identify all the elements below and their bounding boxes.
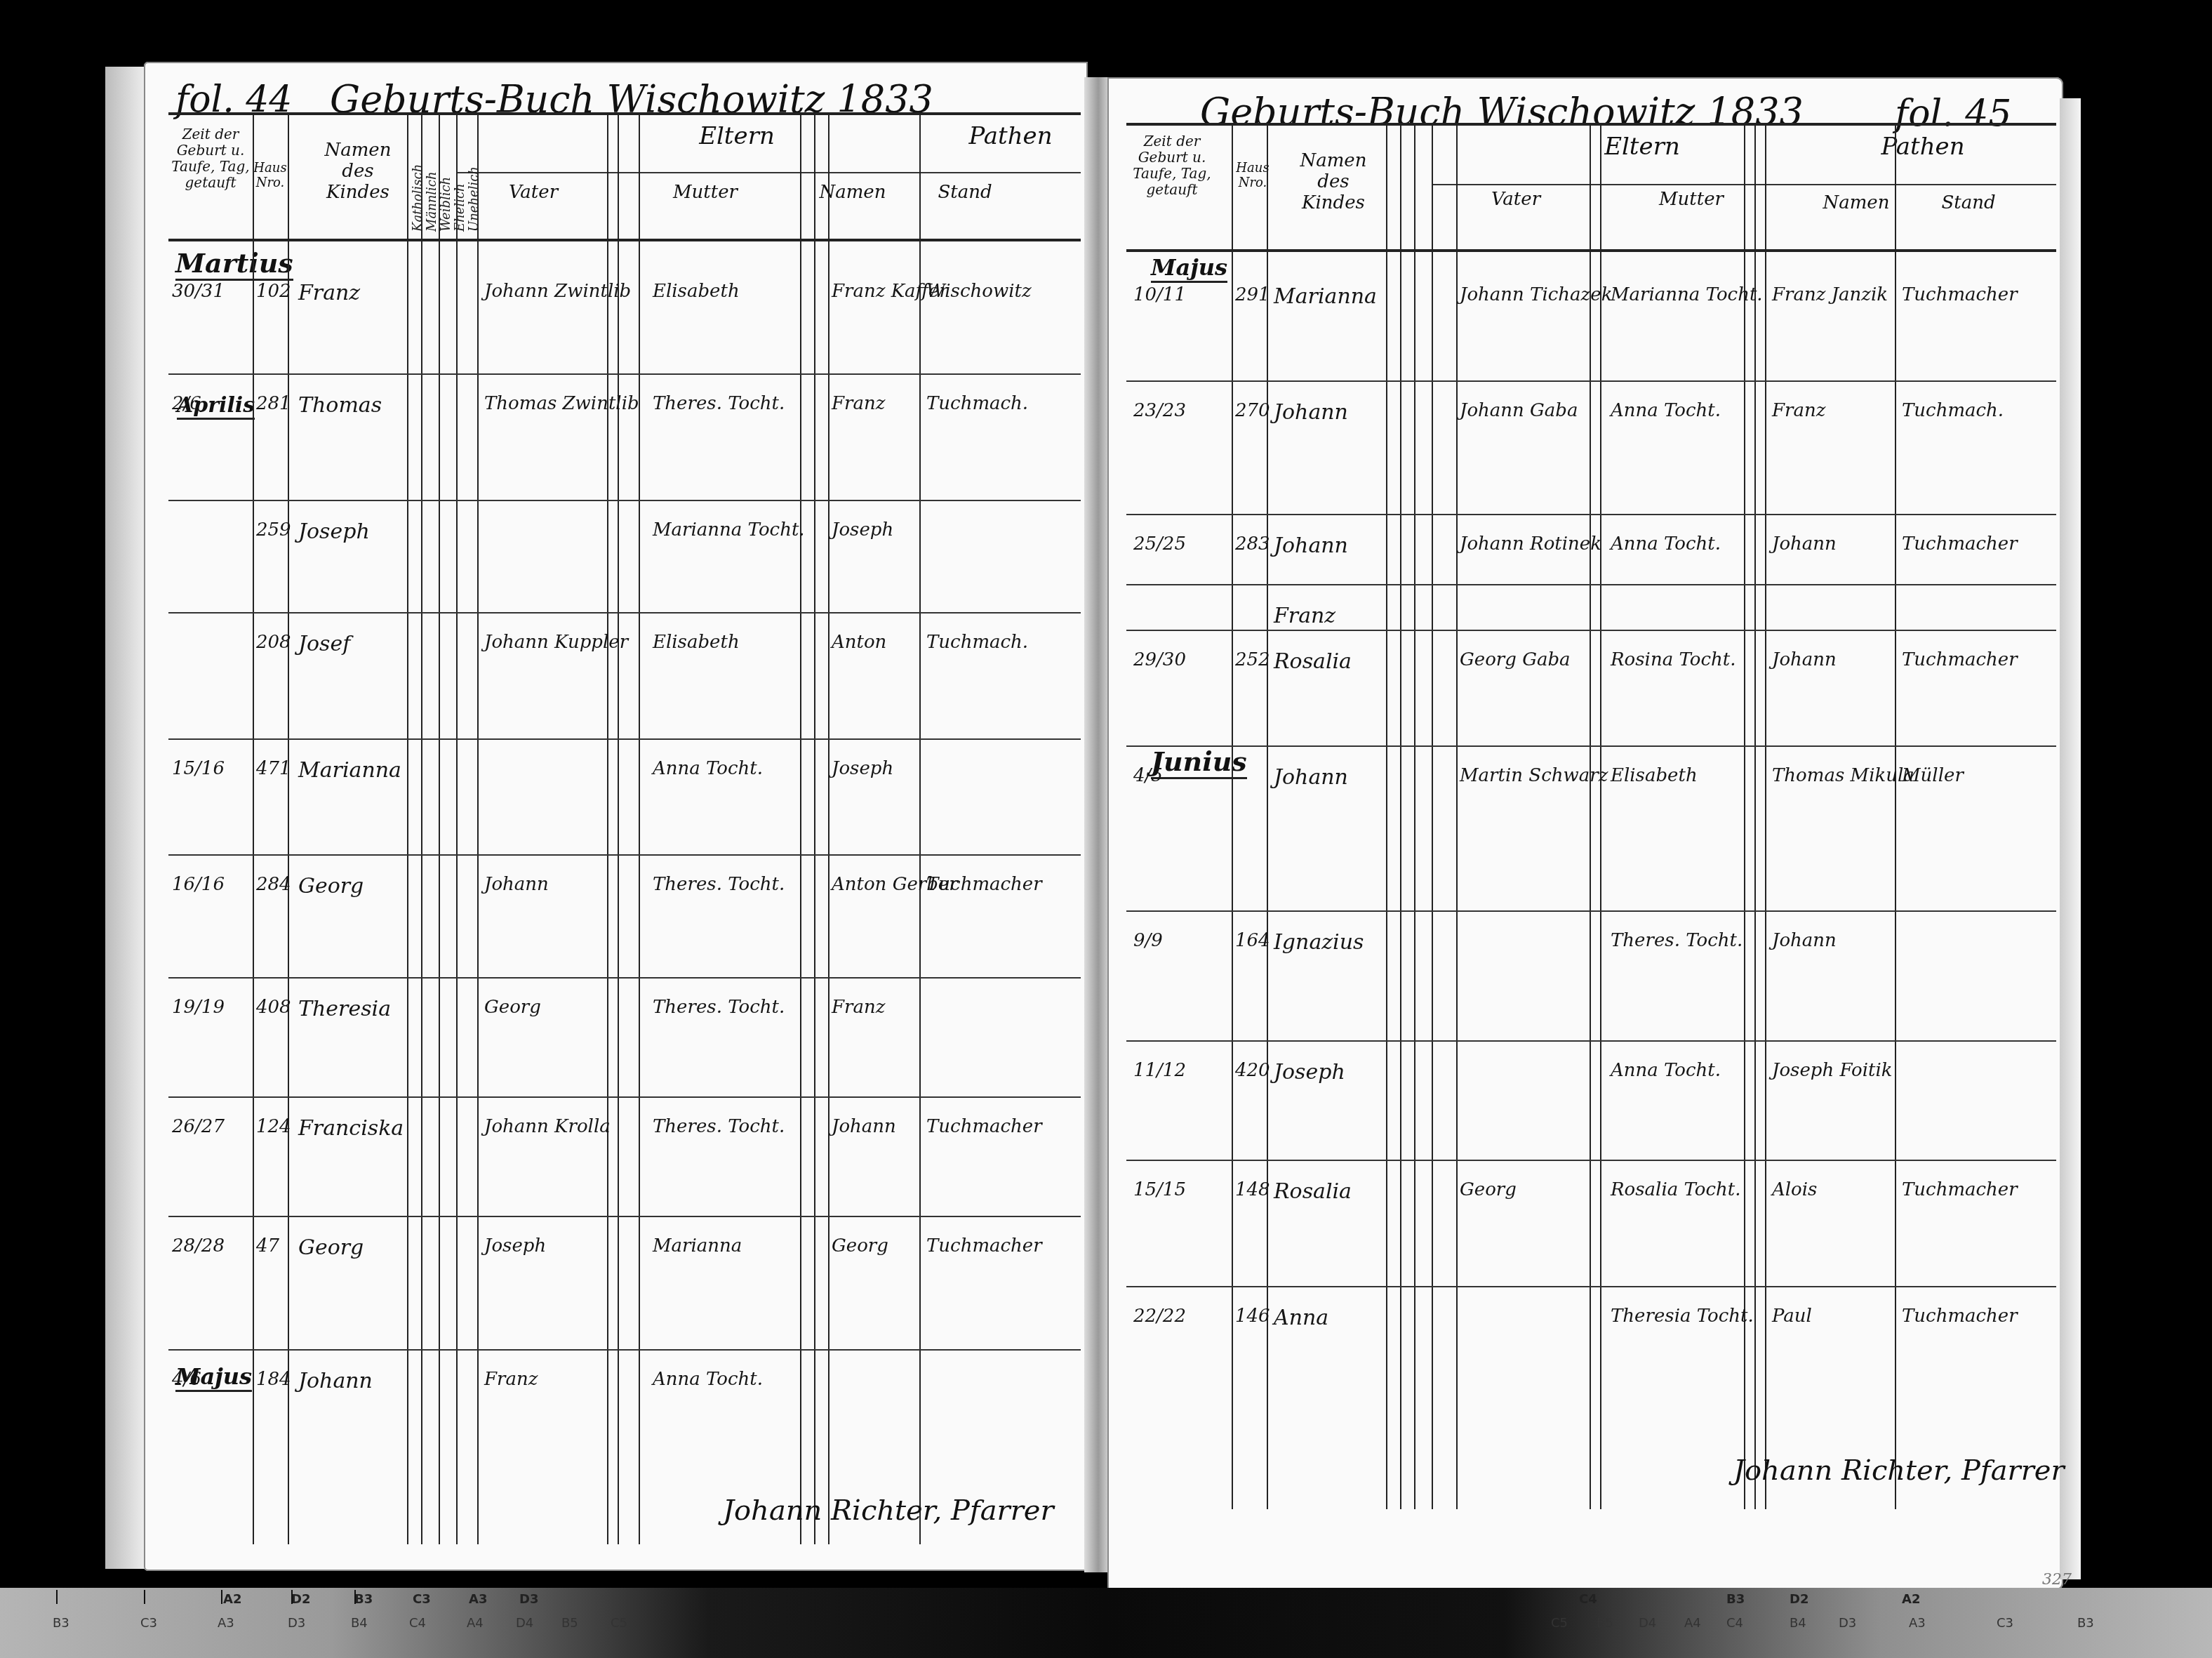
entry-date: 26/27 xyxy=(172,1116,225,1137)
entry-father: Johann Krolla xyxy=(484,1116,611,1137)
entry-house-number: 259 xyxy=(256,519,291,540)
entry-date: 29/30 xyxy=(1133,649,1186,670)
entry-godparent: Johann xyxy=(1772,533,1837,555)
right-header-father: Vater xyxy=(1467,190,1565,211)
entry-godparent: Franz xyxy=(832,393,885,414)
left-row-rule xyxy=(168,612,1081,614)
entry-mother: Anna Tocht. xyxy=(1611,1060,1721,1081)
card-label-top-left: D2 xyxy=(291,1592,310,1607)
entry-godparent-status: Tuchmacher xyxy=(926,1235,1042,1256)
left-row-rule xyxy=(168,500,1081,501)
entry-child-name: Georg xyxy=(298,1235,364,1260)
entry-date: 15/15 xyxy=(1133,1179,1186,1200)
card-label-bottom-left: B3 xyxy=(53,1616,69,1631)
card-label-bottom-left: A4 xyxy=(467,1616,484,1631)
entry-godparent-status: Tuchmacher xyxy=(926,874,1042,895)
entry-child-name: Marianna xyxy=(298,758,401,783)
card-label-bottom-right: C4 xyxy=(1726,1616,1743,1631)
entry-godparent-status: Tuchmacher xyxy=(1902,649,2018,670)
card-label-top-right: D2 xyxy=(1790,1592,1808,1607)
entry-house-number: 291 xyxy=(1235,284,1270,305)
entry-mother: Marianna Tocht. xyxy=(1611,284,1763,305)
left-header-godparents: Pathen xyxy=(968,123,1053,150)
left-header-date: Zeit der Geburt u. Taufe, Tag, getauft xyxy=(168,126,253,191)
entry-godparent: Franz xyxy=(832,997,885,1018)
card-label-bottom-left: B4 xyxy=(351,1616,368,1631)
entry-father: Joseph xyxy=(484,1235,546,1256)
card-label-top-left: C3 xyxy=(413,1592,431,1607)
entry-child-name: Theresia xyxy=(298,997,391,1021)
left-header-house: Haus Nro. xyxy=(253,161,288,190)
entry-godparent: Joseph Foitik xyxy=(1772,1060,1893,1081)
card-label-top-left: D3 xyxy=(519,1592,538,1607)
entry-date: 28/28 xyxy=(172,1235,225,1256)
entry-child-name: Joseph xyxy=(1274,1060,1345,1085)
entry-godparent: Georg xyxy=(832,1235,888,1256)
left-column-rule xyxy=(814,112,815,1544)
left-row-rule xyxy=(168,373,1081,375)
left-header-parents: Eltern xyxy=(695,123,779,150)
left-month-1: Martius xyxy=(175,247,293,281)
left-column-rule xyxy=(800,112,801,1544)
right-column-rule xyxy=(1232,123,1233,1509)
left-header-father: Vater xyxy=(484,183,582,204)
left-header-child: Namen des Kindes xyxy=(309,140,407,204)
entry-date: 23/23 xyxy=(1133,400,1186,421)
card-label-bottom-left: C5 xyxy=(611,1616,627,1631)
entry-father: Johann xyxy=(484,874,549,895)
entry-child-name: Rosalia xyxy=(1274,1179,1352,1204)
left-header-mother: Mutter xyxy=(656,183,754,204)
entry-house-number: 408 xyxy=(256,997,291,1018)
entry-godparent-status: Tuchmach. xyxy=(926,393,1028,414)
right-month-1: Majus xyxy=(1151,254,1227,283)
entry-house-number: 146 xyxy=(1235,1306,1270,1327)
left-header-weiblich: Weiblich xyxy=(439,126,453,232)
card-label-bottom-left: C4 xyxy=(409,1616,426,1631)
entry-child-name: Johann xyxy=(1274,400,1348,425)
card-label-bottom-right: C3 xyxy=(1997,1616,2013,1631)
entry-mother: Theres. Tocht. xyxy=(653,997,785,1018)
color-calibration-card xyxy=(0,1588,2212,1658)
entry-father: Johann Kuppler xyxy=(484,632,628,653)
right-header-parents: Eltern xyxy=(1600,133,1684,161)
left-column-rule xyxy=(253,112,254,1544)
right-row-rule xyxy=(1126,514,2056,515)
left-header-godparent-name: Namen xyxy=(807,183,898,204)
entry-child-name: Thomas xyxy=(298,393,382,418)
left-column-rule xyxy=(288,112,289,1544)
card-label-top-right: B3 xyxy=(1726,1592,1745,1607)
left-column-rule xyxy=(828,112,829,1544)
right-column-rule xyxy=(1754,123,1756,1509)
right-page-edge xyxy=(2060,98,2081,1579)
entry-house-number: 184 xyxy=(256,1369,291,1390)
entry-godparent-status: Tuchmach. xyxy=(1902,400,2004,421)
left-column-rule xyxy=(618,112,619,1544)
entry-mother: Anna Tocht. xyxy=(1611,533,1721,555)
card-label-top-left: A2 xyxy=(223,1592,241,1607)
right-header-godparents: Pathen xyxy=(1881,133,1965,161)
entry-child-name: Josef xyxy=(298,632,350,656)
right-column-rule xyxy=(1895,123,1896,1509)
entry-father: Georg Gaba xyxy=(1460,649,1571,670)
entry-child-name: Joseph xyxy=(298,519,370,544)
entry-child-name: Johann xyxy=(1274,533,1348,558)
card-label-bottom-right: D3 xyxy=(1839,1616,1856,1631)
stamp-number: 327 xyxy=(2042,1571,2072,1589)
entry-house-number: 102 xyxy=(256,281,291,302)
entry-house-number: 47 xyxy=(256,1235,279,1256)
card-tick-mark xyxy=(144,1590,145,1604)
entry-godparent: Johann xyxy=(1772,930,1837,951)
right-column-rule xyxy=(1765,123,1766,1509)
entry-date: 25/25 xyxy=(1133,533,1186,555)
entry-godparent-status: Tuchmacher xyxy=(1902,533,2018,555)
entry-godparent: Anton xyxy=(832,632,886,653)
entry-father: Georg xyxy=(484,997,541,1018)
left-column-rule xyxy=(919,112,921,1544)
entry-house-number: 252 xyxy=(1235,649,1270,670)
entry-house-number: 283 xyxy=(1235,533,1270,555)
right-column-rule xyxy=(1386,123,1387,1509)
right-header-child: Namen des Kindes xyxy=(1284,151,1382,214)
right-folio: fol. 45 xyxy=(1895,93,2011,135)
left-row-rule xyxy=(168,1096,1081,1098)
entry-house-number: 471 xyxy=(256,758,291,779)
entry-father: Johann Gaba xyxy=(1460,400,1578,421)
entry-house-number: 284 xyxy=(256,874,291,895)
entry-house-number: 270 xyxy=(1235,400,1270,421)
card-label-bottom-right: A4 xyxy=(1684,1616,1701,1631)
right-row-rule xyxy=(1126,584,2056,585)
entry-father: Johann Rotinek xyxy=(1460,533,1601,555)
entry-house-number: 420 xyxy=(1235,1060,1270,1081)
entry-godparent-status: Tuchmacher xyxy=(1902,1179,2018,1200)
card-label-top-right: C4 xyxy=(1579,1592,1597,1607)
left-header-godparent-status: Stand xyxy=(919,183,1011,204)
left-header-männlich: Männlich xyxy=(425,126,439,232)
left-row-rule xyxy=(168,738,1081,740)
right-row-rule xyxy=(1126,380,2056,382)
entry-child-name: Marianna xyxy=(1274,284,1377,309)
left-header-rule xyxy=(168,239,1081,241)
entry-date: 4/6 xyxy=(172,1369,201,1390)
entry-mother: Marianna xyxy=(653,1235,742,1256)
entry-child-name: Georg xyxy=(298,874,364,898)
entry-mother: Rosina Tocht. xyxy=(1611,649,1735,670)
entry-godparent-status: Tuchmacher xyxy=(1902,1306,2018,1327)
right-row-rule xyxy=(1126,1286,2056,1287)
entry-godparent-status: Wischowitz xyxy=(926,281,1032,302)
entry-child-name: Franciska xyxy=(298,1116,404,1141)
entry-child-name: Franz xyxy=(1274,604,1335,628)
left-subheader-rule xyxy=(456,172,1081,173)
entry-mother: Elisabeth xyxy=(653,632,740,653)
entry-house-number: 208 xyxy=(256,632,291,653)
right-column-rule xyxy=(1432,123,1433,1509)
entry-godparent: Joseph xyxy=(832,519,893,540)
card-tick-mark xyxy=(56,1590,58,1604)
card-label-bottom-right: B4 xyxy=(1790,1616,1806,1631)
right-column-rule xyxy=(1456,123,1458,1509)
left-column-rule xyxy=(456,112,458,1544)
entry-father: Thomas Zwintlib xyxy=(484,393,639,414)
card-label-bottom-left: C3 xyxy=(140,1616,157,1631)
entry-date: 15/16 xyxy=(172,758,225,779)
right-column-rule xyxy=(1600,123,1601,1509)
entry-godparent-status: Müller xyxy=(1902,765,1964,786)
entry-mother: Theres. Tocht. xyxy=(653,393,785,414)
entry-mother: Theresia Tocht. xyxy=(1611,1306,1754,1327)
entry-godparent: Franz Janzik xyxy=(1772,284,1888,305)
card-label-bottom-left: D3 xyxy=(288,1616,305,1631)
entry-child-name: Rosalia xyxy=(1274,649,1352,674)
card-label-top-right: A2 xyxy=(1902,1592,1920,1607)
card-label-bottom-left: B5 xyxy=(561,1616,578,1631)
right-header-date: Zeit der Geburt u. Taufe, Tag, getauft xyxy=(1130,133,1214,198)
right-column-rule xyxy=(1744,123,1745,1509)
entry-child-name: Johann xyxy=(1274,765,1348,790)
left-column-rule xyxy=(607,112,608,1544)
entry-date: 9/9 xyxy=(1133,930,1163,951)
entry-mother: Theres. Tocht. xyxy=(1611,930,1743,951)
entry-father: Franz xyxy=(484,1369,538,1390)
right-row-rule xyxy=(1126,910,2056,912)
left-column-rule xyxy=(477,112,479,1544)
entry-godparent: Johann xyxy=(1772,649,1837,670)
entry-house-number: 164 xyxy=(1235,930,1270,951)
entry-father: Johann Tichazek xyxy=(1460,284,1612,305)
card-label-top-left: B3 xyxy=(354,1592,373,1607)
right-top-rule xyxy=(1126,123,2056,126)
entry-date: 30/31 xyxy=(172,281,225,302)
left-row-rule xyxy=(168,1349,1081,1351)
entry-date: 10/11 xyxy=(1133,284,1186,305)
right-header-godparent-name: Namen xyxy=(1811,193,1902,214)
entry-date: 19/19 xyxy=(172,997,225,1018)
entry-date: 16/16 xyxy=(172,874,225,895)
entry-godparent: Thomas Mikula xyxy=(1772,765,1914,786)
left-row-rule xyxy=(168,1216,1081,1217)
entry-godparent: Alois xyxy=(1772,1179,1817,1200)
left-row-rule xyxy=(168,854,1081,856)
left-column-rule xyxy=(407,112,408,1544)
entry-mother: Theres. Tocht. xyxy=(653,1116,785,1137)
card-tick-mark xyxy=(291,1590,293,1604)
card-label-bottom-left: D4 xyxy=(516,1616,533,1631)
entry-mother: Elisabeth xyxy=(1611,765,1698,786)
entry-date: 11/12 xyxy=(1133,1060,1186,1081)
entry-mother: Rosalia Tocht. xyxy=(1611,1179,1740,1200)
left-column-rule xyxy=(439,112,440,1544)
entry-godparent-status: Tuchmacher xyxy=(926,1116,1042,1137)
entry-house-number: 124 xyxy=(256,1116,291,1137)
right-row-rule xyxy=(1126,745,2056,747)
entry-house-number: 281 xyxy=(256,393,291,414)
right-column-rule xyxy=(1400,123,1401,1509)
left-header-unehelich: Unehelich xyxy=(467,126,481,232)
entry-mother: Anna Tocht. xyxy=(653,1369,763,1390)
right-column-rule xyxy=(1414,123,1415,1509)
card-tick-mark xyxy=(354,1590,356,1604)
entry-child-name: Johann xyxy=(298,1369,373,1393)
card-label-bottom-right: A3 xyxy=(1909,1616,1926,1631)
entry-date: 4/5 xyxy=(1133,765,1163,786)
entry-child-name: Franz xyxy=(298,281,360,305)
entry-date: 22/22 xyxy=(1133,1306,1186,1327)
left-header-ehelich: Ehelich xyxy=(453,126,467,232)
right-row-rule xyxy=(1126,1160,2056,1161)
card-tick-mark xyxy=(221,1590,222,1604)
entry-date: 2/6 xyxy=(172,393,201,414)
right-header-godparent-status: Stand xyxy=(1923,193,2014,214)
right-header-mother: Mutter xyxy=(1642,190,1740,211)
left-page-edge xyxy=(105,67,147,1569)
entry-godparent: Johann xyxy=(832,1116,896,1137)
right-header-rule xyxy=(1126,249,2056,252)
entry-father: Martin Schwarz xyxy=(1460,765,1608,786)
left-column-rule xyxy=(421,112,422,1544)
right-column-rule xyxy=(1267,123,1268,1509)
card-label-bottom-right: B5 xyxy=(1597,1616,1613,1631)
entry-mother: Elisabeth xyxy=(653,281,740,302)
right-row-rule xyxy=(1126,1040,2056,1042)
entry-mother: Marianna Tocht. xyxy=(653,519,805,540)
card-label-top-left: A3 xyxy=(469,1592,487,1607)
card-label-bottom-right: D4 xyxy=(1639,1616,1656,1631)
right-signature: Johann Richter, Pfarrer xyxy=(1733,1452,2065,1490)
right-page-title: Geburts-Buch Wischowitz 1833 xyxy=(1200,90,1804,134)
right-header-house: Haus Nro. xyxy=(1235,161,1270,190)
left-top-rule xyxy=(168,112,1081,115)
card-label-bottom-right: B3 xyxy=(2077,1616,2094,1631)
entry-house-number: 148 xyxy=(1235,1179,1270,1200)
entry-godparent-status: Tuchmacher xyxy=(1902,284,2018,305)
right-row-rule xyxy=(1126,630,2056,631)
left-header-katholisch: Katholisch xyxy=(411,126,425,232)
left-row-rule xyxy=(168,977,1081,979)
entry-godparent: Franz xyxy=(1772,400,1825,421)
entry-mother: Anna Tocht. xyxy=(1611,400,1721,421)
entry-father: Georg xyxy=(1460,1179,1517,1200)
entry-godparent: Joseph xyxy=(832,758,893,779)
entry-godparent: Paul xyxy=(1772,1306,1812,1327)
card-label-bottom-left: A3 xyxy=(218,1616,234,1631)
right-column-rule xyxy=(1590,123,1591,1509)
entry-child-name: Ignazius xyxy=(1274,930,1364,955)
entry-mother: Theres. Tocht. xyxy=(653,874,785,895)
card-label-bottom-right: C5 xyxy=(1551,1616,1568,1631)
entry-godparent-status: Tuchmach. xyxy=(926,632,1028,653)
left-signature: Johann Richter, Pfarrer xyxy=(723,1492,1054,1530)
entry-father: Johann Zwintlib xyxy=(484,281,631,302)
entry-mother: Anna Tocht. xyxy=(653,758,763,779)
entry-child-name: Anna xyxy=(1274,1306,1328,1330)
left-column-rule xyxy=(639,112,640,1544)
